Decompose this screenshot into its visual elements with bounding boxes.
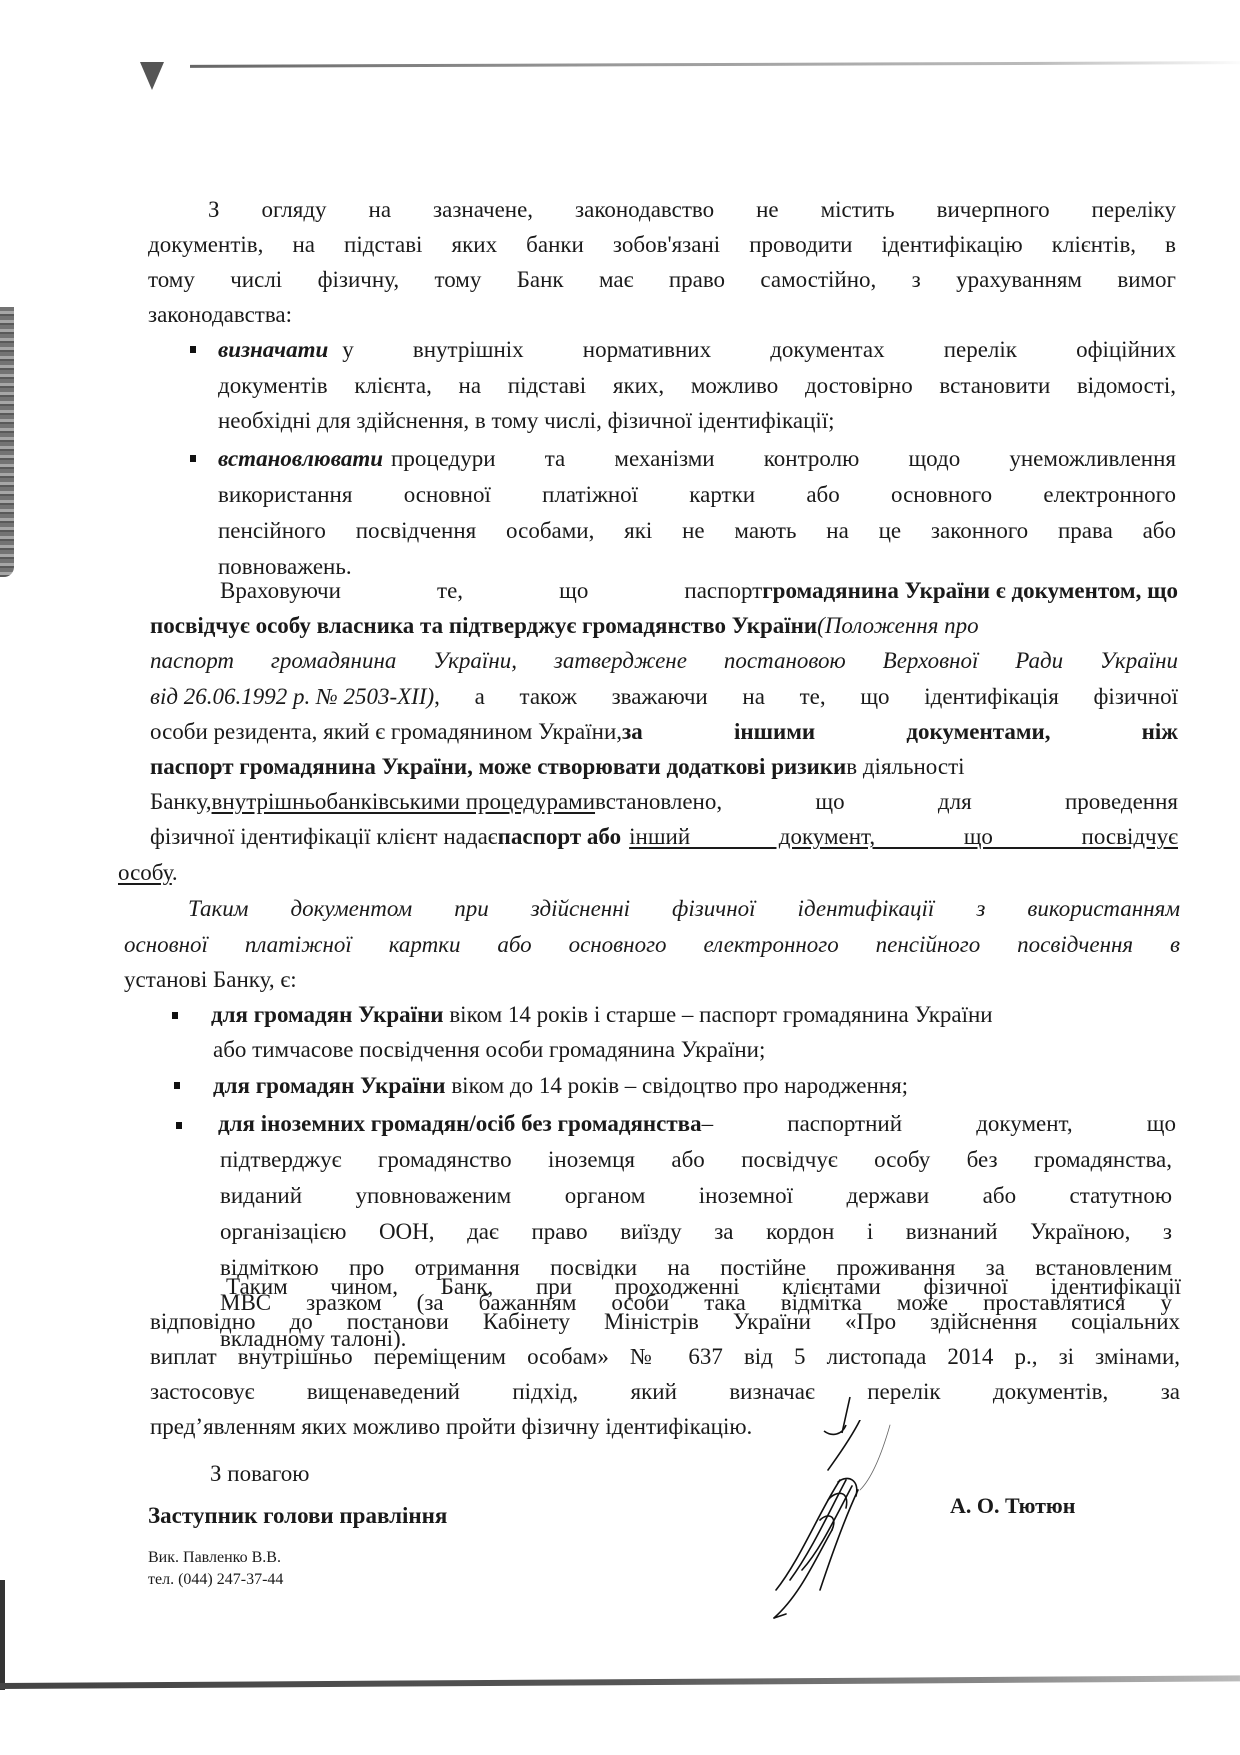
- para2-bold: посвідчує особу власника та підтверджує …: [150, 612, 817, 640]
- bullet4-lead: для громадян України: [213, 1073, 446, 1098]
- para2-bold: паспорт або: [498, 823, 621, 851]
- scan-edge-bottom: [0, 1675, 1240, 1689]
- bullet5-line2: підтверджує громадянство іноземця або по…: [220, 1146, 1172, 1174]
- scan-fold-mark: [140, 62, 164, 90]
- para3-line1: Таким документом при здійсненні фізичної…: [188, 895, 1180, 923]
- bullet2-text: процедури та механізми контролю щодо уне…: [391, 445, 1176, 473]
- bullet5-line1: для іноземних громадян/осіб без громадян…: [218, 1110, 1176, 1138]
- bullet5-lead: для іноземних громадян/осіб без громадян…: [218, 1110, 702, 1138]
- para2-line1: Враховуючи те, що паспорт громадянина Ук…: [220, 577, 1178, 605]
- para1-line2: документів, на підставі яких банки зобов…: [148, 231, 1176, 259]
- para2-line5: особи резидента, який є громадянином Укр…: [150, 718, 1178, 746]
- bullet-icon: [190, 346, 196, 353]
- bullet5-line4: організацією ООН, дає право виїзду за ко…: [220, 1218, 1172, 1246]
- bullet1-text: у внутрішніх нормативних документах пере…: [342, 336, 1176, 364]
- scan-edge-left: [0, 307, 14, 577]
- para2-line4: від 26.06.1992 р. № 2503-XII) , а також …: [150, 683, 1178, 711]
- bullet5-line3: виданий уповноваженим органом іноземної …: [220, 1182, 1172, 1210]
- bullet2-line1: встановлювати процедури та механізми кон…: [218, 445, 1176, 473]
- para2-text: особи резидента, який є громадянином Укр…: [150, 718, 622, 746]
- para4-line1: Таким чином, Банк, при проходженні клієн…: [226, 1273, 1181, 1301]
- signatory-position: Заступник голови правління: [148, 1502, 447, 1530]
- para2-italic: від 26.06.1992 р. № 2503-XII): [150, 683, 434, 711]
- para2-text: Банку,: [150, 788, 212, 816]
- executor-name: Вик. Павленко В.В.: [148, 1548, 281, 1568]
- para4-line2: відповідно до постанови Кабінету Міністр…: [150, 1308, 1180, 1336]
- para2-line7: Банку, внутрішньобанківськими процедурам…: [150, 788, 1178, 816]
- bullet5-text: – паспортний документ, що: [702, 1110, 1176, 1138]
- para4-line5: пред’явленням яких можливо пройти фізичн…: [150, 1413, 752, 1441]
- bullet-icon: [176, 1122, 182, 1129]
- bullet4-text: віком до 14 років – свідоцтво про народж…: [446, 1073, 908, 1098]
- closing-regards: З повагою: [210, 1460, 309, 1488]
- para2-bold: громадянина України є документом, що: [762, 577, 1178, 605]
- scan-edge-top: [190, 61, 1240, 68]
- para2-line2: посвідчує особу власника та підтверджує …: [150, 612, 1178, 640]
- para1-line1: З огляду на зазначене, законодавство не …: [208, 196, 1176, 224]
- para2-line9: особу.: [118, 859, 178, 887]
- scan-edge-left-lower: [0, 1580, 5, 1690]
- bullet1-line1: визначати у внутрішніх нормативних докум…: [218, 336, 1176, 364]
- bullet3-line1: для громадян України віком 14 років і ст…: [211, 1001, 993, 1029]
- bullet3-line2: або тимчасове посвідчення особи громадян…: [213, 1036, 765, 1064]
- bullet1-line2: документів клієнта, на підставі яких, мо…: [218, 372, 1176, 400]
- para2-line6: паспорт громадянина України, може створю…: [150, 753, 1178, 781]
- signatory-name: А. О. Тютюн: [950, 1492, 1075, 1520]
- para2-bold: за іншими документами, ніж: [622, 718, 1178, 746]
- signature-tick-icon: [820, 1395, 860, 1440]
- para2-underline: особу: [118, 860, 172, 885]
- bullet2-line3: пенсійного посвідчення особами, які не м…: [218, 517, 1176, 545]
- para2-italic: (Положення про: [817, 612, 979, 640]
- bullet1-lead: визначати: [218, 336, 328, 364]
- bullet3-lead: для громадян України: [211, 1002, 444, 1027]
- para2-bold: паспорт громадянина України, може створю…: [150, 753, 846, 781]
- para4-line4: застосовує вищенаведений підхід, який ви…: [150, 1378, 1180, 1406]
- para2-text: .: [172, 860, 178, 885]
- para2-text: Враховуючи те, що паспорт: [220, 577, 762, 605]
- bullet3-text: віком 14 років і старше – паспорт громад…: [444, 1002, 993, 1027]
- bullet4-line1: для громадян України віком до 14 років –…: [213, 1072, 908, 1100]
- para2-text: встановлено, що для проведення: [595, 788, 1178, 816]
- bullet2-line2: використання основної платіжної картки а…: [218, 481, 1176, 509]
- bullet2-lead: встановлювати: [218, 445, 383, 473]
- para1-line4: законодавства:: [148, 301, 292, 329]
- para2-line3: паспорт громадянина України, затверджене…: [150, 647, 1178, 675]
- bullet-icon: [190, 455, 196, 462]
- para2-text: , а також зважаючи на те, що ідентифікац…: [434, 683, 1178, 711]
- executor-phone: тел. (044) 247-37-44: [148, 1570, 283, 1590]
- para4-line3: виплат внутрішньо переміщеним особам» № …: [150, 1343, 1180, 1371]
- bullet1-line3: необхідні для здійснення, в тому числі, …: [218, 407, 835, 435]
- para2-underline: інший документ, що посвідчує: [629, 823, 1178, 851]
- para2-line8: фізичної ідентифікації клієнт надає пасп…: [150, 823, 1178, 851]
- para2-underline: внутрішньобанківськими процедурами: [212, 788, 596, 816]
- para2-text: фізичної ідентифікації клієнт надає: [150, 823, 498, 851]
- para2-text: в діяльності: [846, 753, 964, 781]
- para3-line2: основної платіжної картки або основного …: [124, 931, 1180, 959]
- signature-icon: [720, 1420, 920, 1620]
- bullet-icon: [172, 1012, 178, 1019]
- para3-line3: установі Банку, є:: [124, 966, 297, 994]
- para1-line3: тому числі фізичну, тому Банк має право …: [148, 266, 1176, 294]
- document-page: З огляду на зазначене, законодавство не …: [0, 0, 1240, 1755]
- bullet-icon: [174, 1082, 180, 1089]
